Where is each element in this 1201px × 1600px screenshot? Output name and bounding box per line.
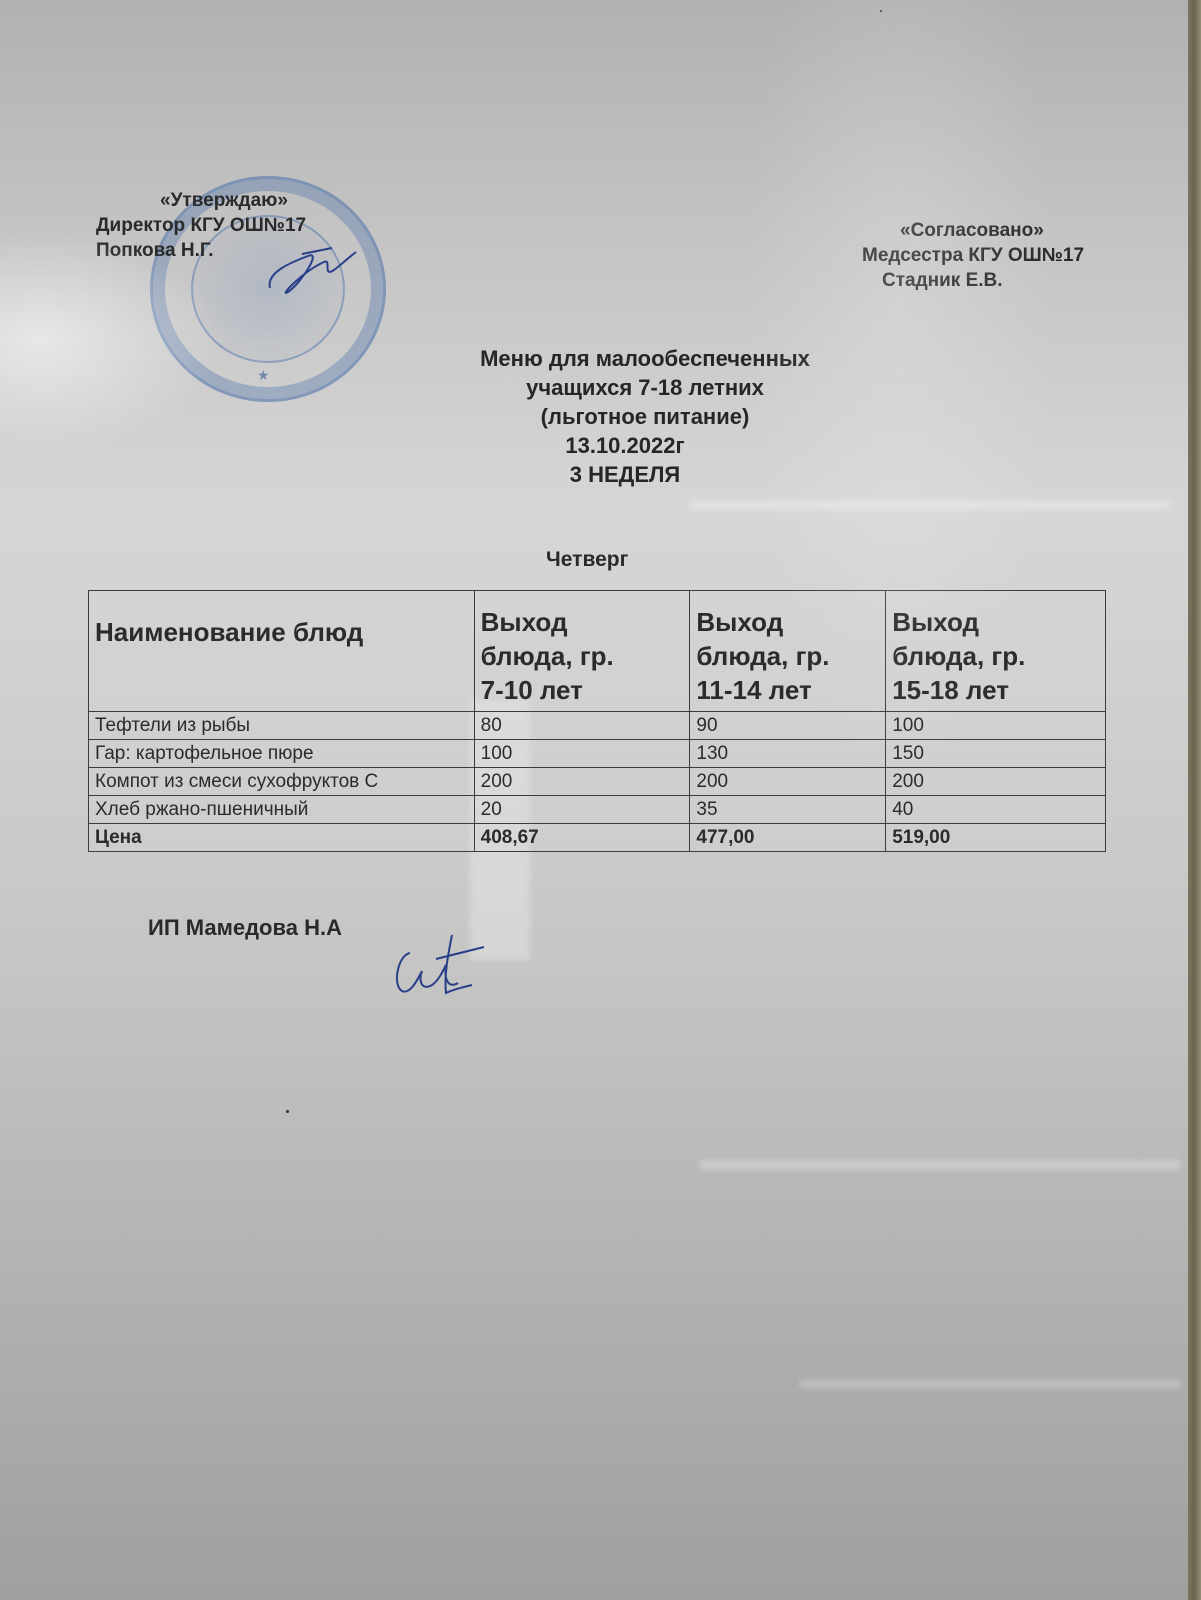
menu-week: 3 НЕДЕЛЯ bbox=[420, 460, 870, 489]
frame-edge bbox=[1188, 0, 1201, 1600]
price-row: Цена408,67477,00519,00 bbox=[89, 824, 1106, 852]
cell-portion-7-10: 100 bbox=[474, 740, 690, 768]
director-signature bbox=[262, 242, 362, 302]
paper-speck bbox=[880, 10, 882, 12]
menu-date: 13.10.2022г bbox=[420, 431, 870, 460]
cell-portion-15-18: 100 bbox=[886, 712, 1106, 740]
agreement-position: Медсестра КГУ ОШ№17 bbox=[862, 243, 1084, 268]
price-7-10: 408,67 bbox=[474, 824, 690, 852]
document-paper: ★ «Утверждаю» Директор КГУ ОШ№17 Попкова… bbox=[0, 0, 1188, 1600]
price-11-14: 477,00 bbox=[690, 824, 886, 852]
cell-portion-7-10: 200 bbox=[474, 768, 690, 796]
title-line-1: Меню для малообеспеченных bbox=[420, 344, 870, 373]
cell-portion-7-10: 80 bbox=[474, 712, 690, 740]
cell-dish: Гар: картофельное пюре bbox=[89, 740, 475, 768]
cell-portion-11-14: 90 bbox=[690, 712, 886, 740]
cell-portion-11-14: 200 bbox=[690, 768, 886, 796]
title-line-2: учащихся 7-18 летних bbox=[420, 373, 870, 402]
cell-dish: Хлеб ржано-пшеничный bbox=[89, 796, 475, 824]
paper-speck bbox=[286, 1110, 289, 1113]
table-row: Компот из смеси сухофруктов С200200200 bbox=[89, 768, 1106, 796]
cell-portion-15-18: 40 bbox=[886, 796, 1106, 824]
cell-dish: Компот из смеси сухофруктов С bbox=[89, 768, 475, 796]
glare-reflection bbox=[800, 1380, 1180, 1388]
glare-reflection bbox=[700, 1160, 1180, 1170]
price-label: Цена bbox=[89, 824, 475, 852]
agreement-block: «Согласовано» Медсестра КГУ ОШ№17 Стадни… bbox=[862, 218, 1084, 293]
agreement-name: Стадник Е.В. bbox=[862, 268, 1084, 293]
table-row: Тефтели из рыбы8090100 bbox=[89, 712, 1106, 740]
header-portion-7-10: Выход блюда, гр. 7-10 лет bbox=[474, 591, 690, 712]
table-row: Хлеб ржано-пшеничный203540 bbox=[89, 796, 1106, 824]
approval-position: Директор КГУ ОШ№17 bbox=[96, 213, 364, 238]
header-portion-15-18: Выход блюда, гр. 15-18 лет bbox=[886, 591, 1106, 712]
menu-title: Меню для малообеспеченных учащихся 7-18 … bbox=[420, 344, 870, 489]
menu-table: Наименование блюд Выход блюда, гр. 7-10 … bbox=[88, 590, 1106, 852]
supplier-name: ИП Мамедова Н.А bbox=[148, 915, 342, 941]
header-portion-11-14: Выход блюда, гр. 11-14 лет bbox=[690, 591, 886, 712]
title-line-3: (льготное питание) bbox=[420, 402, 870, 431]
cell-portion-15-18: 200 bbox=[886, 768, 1106, 796]
table-header-row: Наименование блюд Выход блюда, гр. 7-10 … bbox=[89, 591, 1106, 712]
header-dish-name: Наименование блюд bbox=[89, 591, 475, 712]
cell-dish: Тефтели из рыбы bbox=[89, 712, 475, 740]
cell-portion-11-14: 35 bbox=[690, 796, 886, 824]
stamp-star-icon: ★ bbox=[257, 367, 270, 384]
approval-label: «Утверждаю» bbox=[84, 188, 364, 213]
agreement-label: «Согласовано» bbox=[862, 218, 1084, 243]
price-15-18: 519,00 bbox=[886, 824, 1106, 852]
cell-portion-15-18: 150 bbox=[886, 740, 1106, 768]
menu-day: Четверг bbox=[546, 548, 628, 572]
table-row: Гар: картофельное пюре100130150 bbox=[89, 740, 1106, 768]
cell-portion-11-14: 130 bbox=[690, 740, 886, 768]
supplier-signature bbox=[388, 925, 488, 1000]
cell-portion-7-10: 20 bbox=[474, 796, 690, 824]
glare-reflection bbox=[690, 500, 1170, 510]
